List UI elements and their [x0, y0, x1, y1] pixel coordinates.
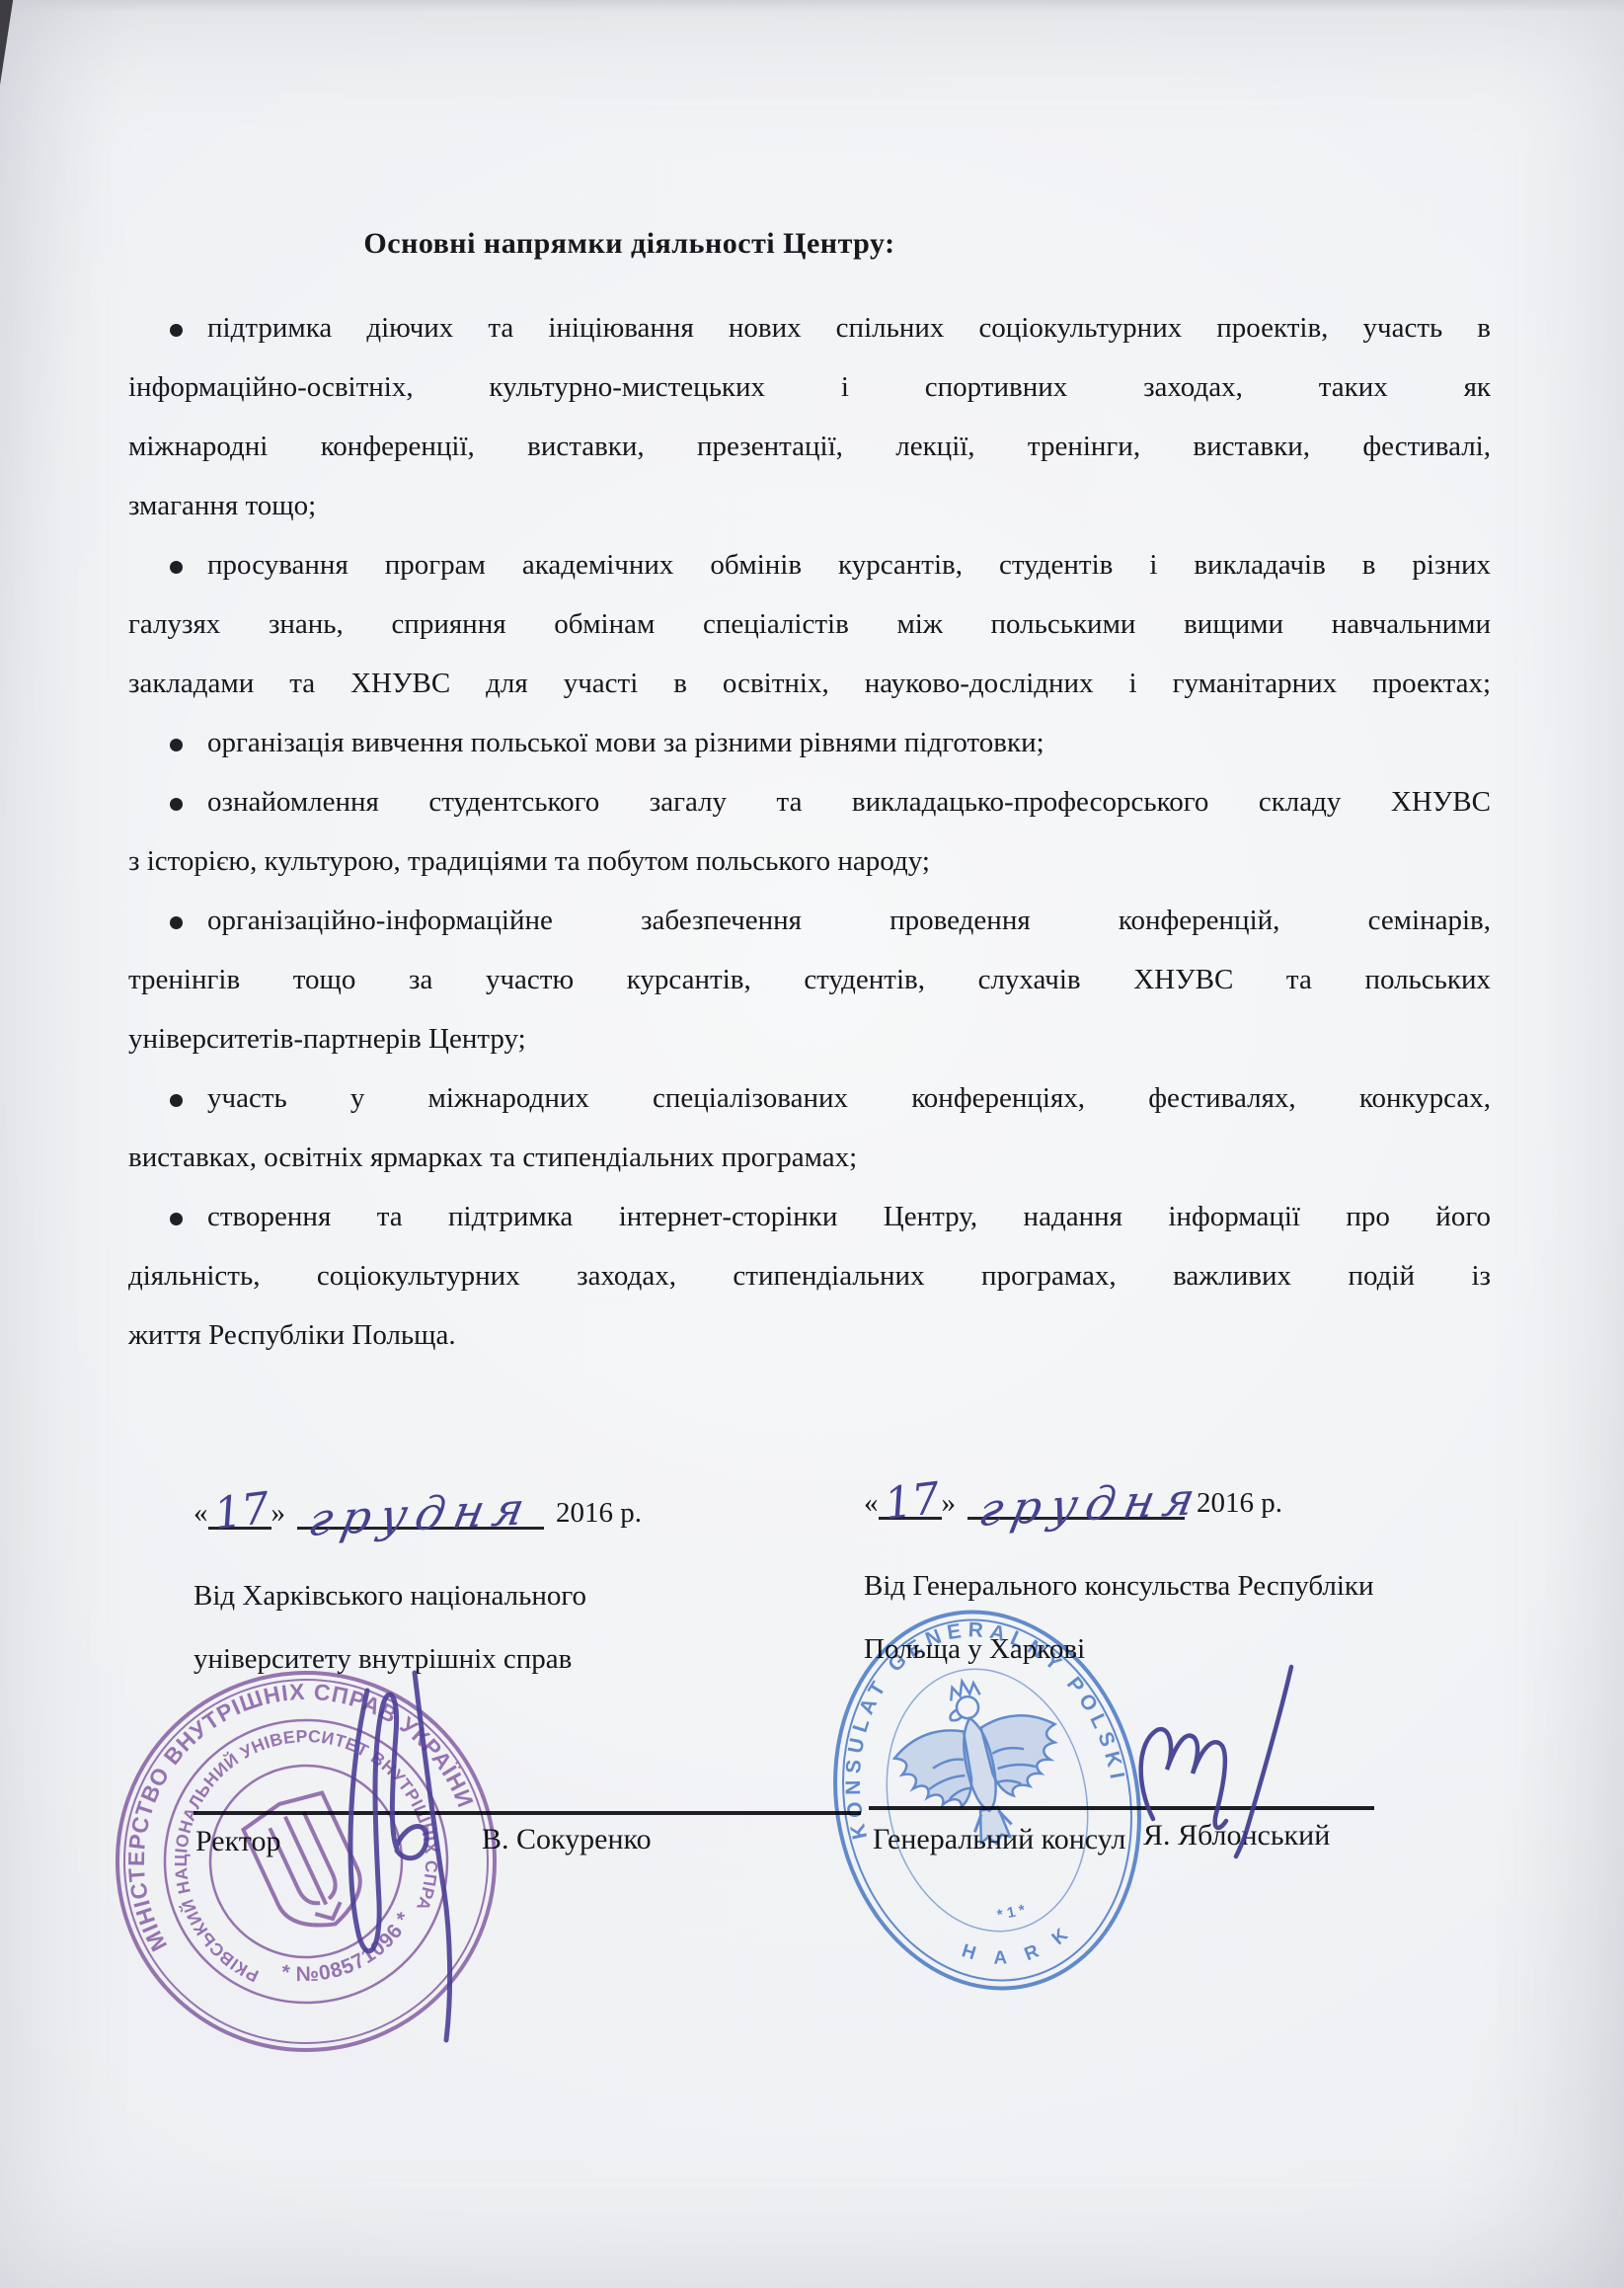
- list-item-line: галузях знань, сприяння обмінам спеціалі…: [128, 594, 1491, 654]
- list-item-line: ознайомлення студентського загалу та вик…: [128, 772, 1491, 831]
- list-item-text: просування програм академічних обмінів к…: [207, 549, 1491, 581]
- quote-open: «: [864, 1487, 879, 1519]
- paper-edge-shadow: [0, 0, 1624, 12]
- list-item-text: галузях знань, сприяння обмінам спеціалі…: [128, 608, 1491, 640]
- stamp-number-text: * №08571096 *: [271, 1902, 427, 2006]
- bullet-list: підтримка діючих та ініціювання нових сп…: [128, 298, 1491, 1365]
- list-item-line: життя Республіки Польща.: [128, 1305, 1491, 1365]
- handwritten-day: 17: [211, 1483, 272, 1539]
- stamp-ring-text: KONSULAT GENERALNY POLSKI: [824, 1598, 1130, 1842]
- party-name-line: Від Харківського національного: [193, 1564, 806, 1627]
- list-item-text: інформаційно-освітніх, культурно-мистець…: [128, 371, 1491, 403]
- date-year: 2016 р.: [556, 1497, 642, 1529]
- bullet-marker: [128, 772, 207, 831]
- bullet-marker: [128, 891, 207, 950]
- date-month-blank: грудня: [967, 1479, 1185, 1520]
- stamp-bottom-mark: * 1 *: [996, 1902, 1027, 1925]
- list-item-text: організаційно-інформаційне забезпечення …: [207, 905, 1491, 936]
- stamp-inner-ring-text: ХАРКІВСЬКИЙ НАЦІОНАЛЬНИЙ УНІВЕРСИТЕТ ВНУ…: [99, 1654, 471, 2042]
- svg-text:ХАРКІВСЬКИЙ НАЦІОНАЛЬНИЙ УНІВЕ: ХАРКІВСЬКИЙ НАЦІОНАЛЬНИЙ УНІВЕРСИТЕТ ВНУ…: [99, 1654, 471, 2042]
- handwritten-month: грудня: [304, 1481, 538, 1546]
- polish-eagle-icon: [882, 1664, 1076, 1860]
- list-item-line: закладами та ХНУВС для участі в освітніх…: [128, 654, 1491, 713]
- svg-text:KONSULAT GENERALNY POLSKI: KONSULAT GENERALNY POLSKI: [824, 1598, 1130, 1842]
- list-item-line: з історією, культурою, традиціями та поб…: [128, 831, 1491, 891]
- signer-name-right: Я. Яблонський: [1143, 1819, 1330, 1853]
- list-item-line: виставках, освітніх ярмарках та стипенді…: [128, 1128, 1491, 1187]
- list-item-line: інформаційно-освітніх, культурно-мистець…: [128, 357, 1491, 417]
- university-stamp: МІНІСТЕРСТВО ВНУТРІШНІХ СПРАВ УКРАЇНИ ХА…: [99, 1654, 513, 2069]
- date-year: 2016 р.: [1197, 1487, 1282, 1519]
- trident-emblem-icon: [240, 1785, 374, 1942]
- list-item-line: змагання тощо;: [128, 476, 1491, 535]
- list-item-line: створення та підтримка інтернет-сторінки…: [128, 1187, 1491, 1246]
- list-item-text: організація вивчення польської мови за р…: [207, 727, 1044, 758]
- date-line-left: «17»грудня2016 р.: [193, 1489, 806, 1540]
- list-item-text: з історією, культурою, традиціями та поб…: [128, 845, 930, 877]
- list-item-line: університетів-партнерів Центру;: [128, 1009, 1491, 1068]
- list-item-line: підтримка діючих та ініціювання нових сп…: [128, 298, 1491, 357]
- quote-close: »: [942, 1487, 957, 1519]
- bullet-marker: [128, 1068, 207, 1128]
- list-item-text: участь у міжнародних спеціалізованих кон…: [207, 1082, 1491, 1114]
- date-month-blank: грудня: [297, 1489, 544, 1530]
- svg-text:* №08571096 *: * №08571096 *: [271, 1902, 427, 2006]
- list-item-text: діяльність, соціокультурних заходах, сти…: [128, 1260, 1491, 1292]
- bullet-marker: [128, 1187, 207, 1246]
- quote-close: »: [271, 1497, 286, 1529]
- date-line-right: «17»грудня2016 р.: [864, 1479, 1555, 1531]
- quote-open: «: [193, 1497, 208, 1529]
- date-day-blank: 17: [879, 1479, 942, 1520]
- list-item-line: тренінгів тощо за участю курсантів, студ…: [128, 950, 1491, 1009]
- list-item-text: підтримка діючих та ініціювання нових сп…: [207, 312, 1491, 344]
- list-item-line: організаційно-інформаційне забезпечення …: [128, 891, 1491, 950]
- list-item-text: міжнародні конференції, виставки, презен…: [128, 431, 1491, 462]
- list-item-text: життя Республіки Польща.: [128, 1319, 456, 1351]
- handwritten-day: 17: [882, 1473, 943, 1530]
- list-item-text: закладами та ХНУВС для участі в освітніх…: [128, 668, 1491, 699]
- list-item-text: створення та підтримка інтернет-сторінки…: [207, 1201, 1491, 1232]
- list-item-text: тренінгів тощо за участю курсантів, студ…: [128, 964, 1491, 995]
- list-item-line: діяльність, соціокультурних заходах, сти…: [128, 1246, 1491, 1305]
- handwritten-month: грудня: [974, 1471, 1208, 1537]
- list-item-line: міжнародні конференції, виставки, презен…: [128, 417, 1491, 476]
- list-item-text: виставках, освітніх ярмарках та стипенді…: [128, 1142, 857, 1173]
- document-title: Основні напрямки діяльності Центру:: [128, 227, 1130, 261]
- list-item-text: університетів-партнерів Центру;: [128, 1023, 526, 1055]
- date-day-blank: 17: [208, 1489, 271, 1530]
- consulate-stamp: KONSULAT GENERALNY POLSKI H A R K * 1 *: [824, 1598, 1150, 2003]
- list-item-line: просування програм академічних обмінів к…: [128, 535, 1491, 594]
- bullet-marker: [128, 713, 207, 772]
- bullet-marker: [128, 535, 207, 594]
- list-item-line: участь у міжнародних спеціалізованих кон…: [128, 1068, 1491, 1128]
- scanned-document-page: Основні напрямки діяльності Центру: підт…: [0, 0, 1624, 2288]
- list-item-text: ознайомлення студентського загалу та вик…: [207, 786, 1491, 818]
- list-item-text: змагання тощо;: [128, 490, 316, 521]
- list-item-line: організація вивчення польської мови за р…: [128, 713, 1491, 772]
- scan-corner-artifact: [0, 0, 22, 85]
- bullet-marker: [128, 298, 207, 357]
